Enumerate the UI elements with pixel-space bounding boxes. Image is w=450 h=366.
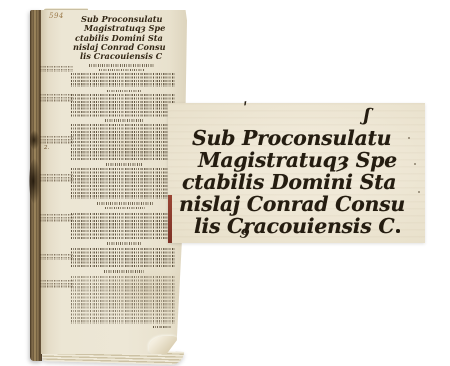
margin-note xyxy=(40,94,73,102)
margin-note xyxy=(40,254,73,260)
manuscript-paragraph xyxy=(71,248,175,268)
margin-note xyxy=(40,136,73,144)
ink-speck xyxy=(418,191,420,193)
page-heading: Sub Proconsulatu Magistratuqȝ Spe ctabil… xyxy=(71,15,181,61)
ink-dot xyxy=(396,229,400,233)
manuscript-paragraph xyxy=(71,124,175,161)
margin-note xyxy=(40,214,73,222)
manuscript-page: 594 Sub Proconsulatu Magistratuqȝ Spe ct… xyxy=(41,10,187,354)
detail-heading-line: Sub Proconsulatu xyxy=(192,127,391,149)
ink-flourish: 9 xyxy=(239,226,251,243)
detail-heading-line: Magistratuqȝ Spe xyxy=(198,149,397,171)
ink-flourish: ʃ xyxy=(363,105,372,127)
section-header xyxy=(106,163,142,166)
intro-line xyxy=(99,69,145,72)
section-header-flourished xyxy=(105,207,145,210)
section-header xyxy=(107,90,141,93)
ink-flourish: ʹ xyxy=(242,99,251,119)
manuscript-paragraph xyxy=(71,276,175,324)
section-header xyxy=(105,119,143,122)
ink-speck xyxy=(414,163,416,165)
detail-heading-line: ctabilis Domini Sta xyxy=(182,171,396,193)
manuscript-paragraph xyxy=(71,94,175,118)
margin-note xyxy=(40,66,73,72)
manuscript-paragraph xyxy=(71,213,175,240)
binding-edge-sliver xyxy=(168,195,172,243)
margin-note xyxy=(40,280,73,288)
page-heading-line: lis Cracouiensis C xyxy=(71,52,181,61)
section-header-flourished xyxy=(97,202,153,205)
book-spine xyxy=(30,10,42,361)
spine-ink-marking xyxy=(30,130,40,150)
manuscript-book: 594 Sub Proconsulatu Magistratuqȝ Spe ct… xyxy=(30,8,187,363)
margin-note-numeral: 2. xyxy=(44,145,49,151)
section-header xyxy=(104,270,144,273)
detail-heading-line: lis Cracouiensis C xyxy=(194,215,394,237)
paragraph-end-mark xyxy=(153,326,171,329)
section-header xyxy=(107,242,141,245)
manuscript-paragraph xyxy=(71,168,175,199)
heading-detail-crop: Sub Proconsulatu Magistratuqȝ Spe ctabil… xyxy=(168,103,425,243)
detail-heading-line: nislaj Conrad Consu xyxy=(179,193,405,215)
folio-number: 594 xyxy=(49,12,64,20)
margin-note xyxy=(40,174,73,182)
ink-speck xyxy=(408,137,410,139)
manuscript-paragraph xyxy=(71,73,175,87)
intro-line xyxy=(89,64,155,67)
